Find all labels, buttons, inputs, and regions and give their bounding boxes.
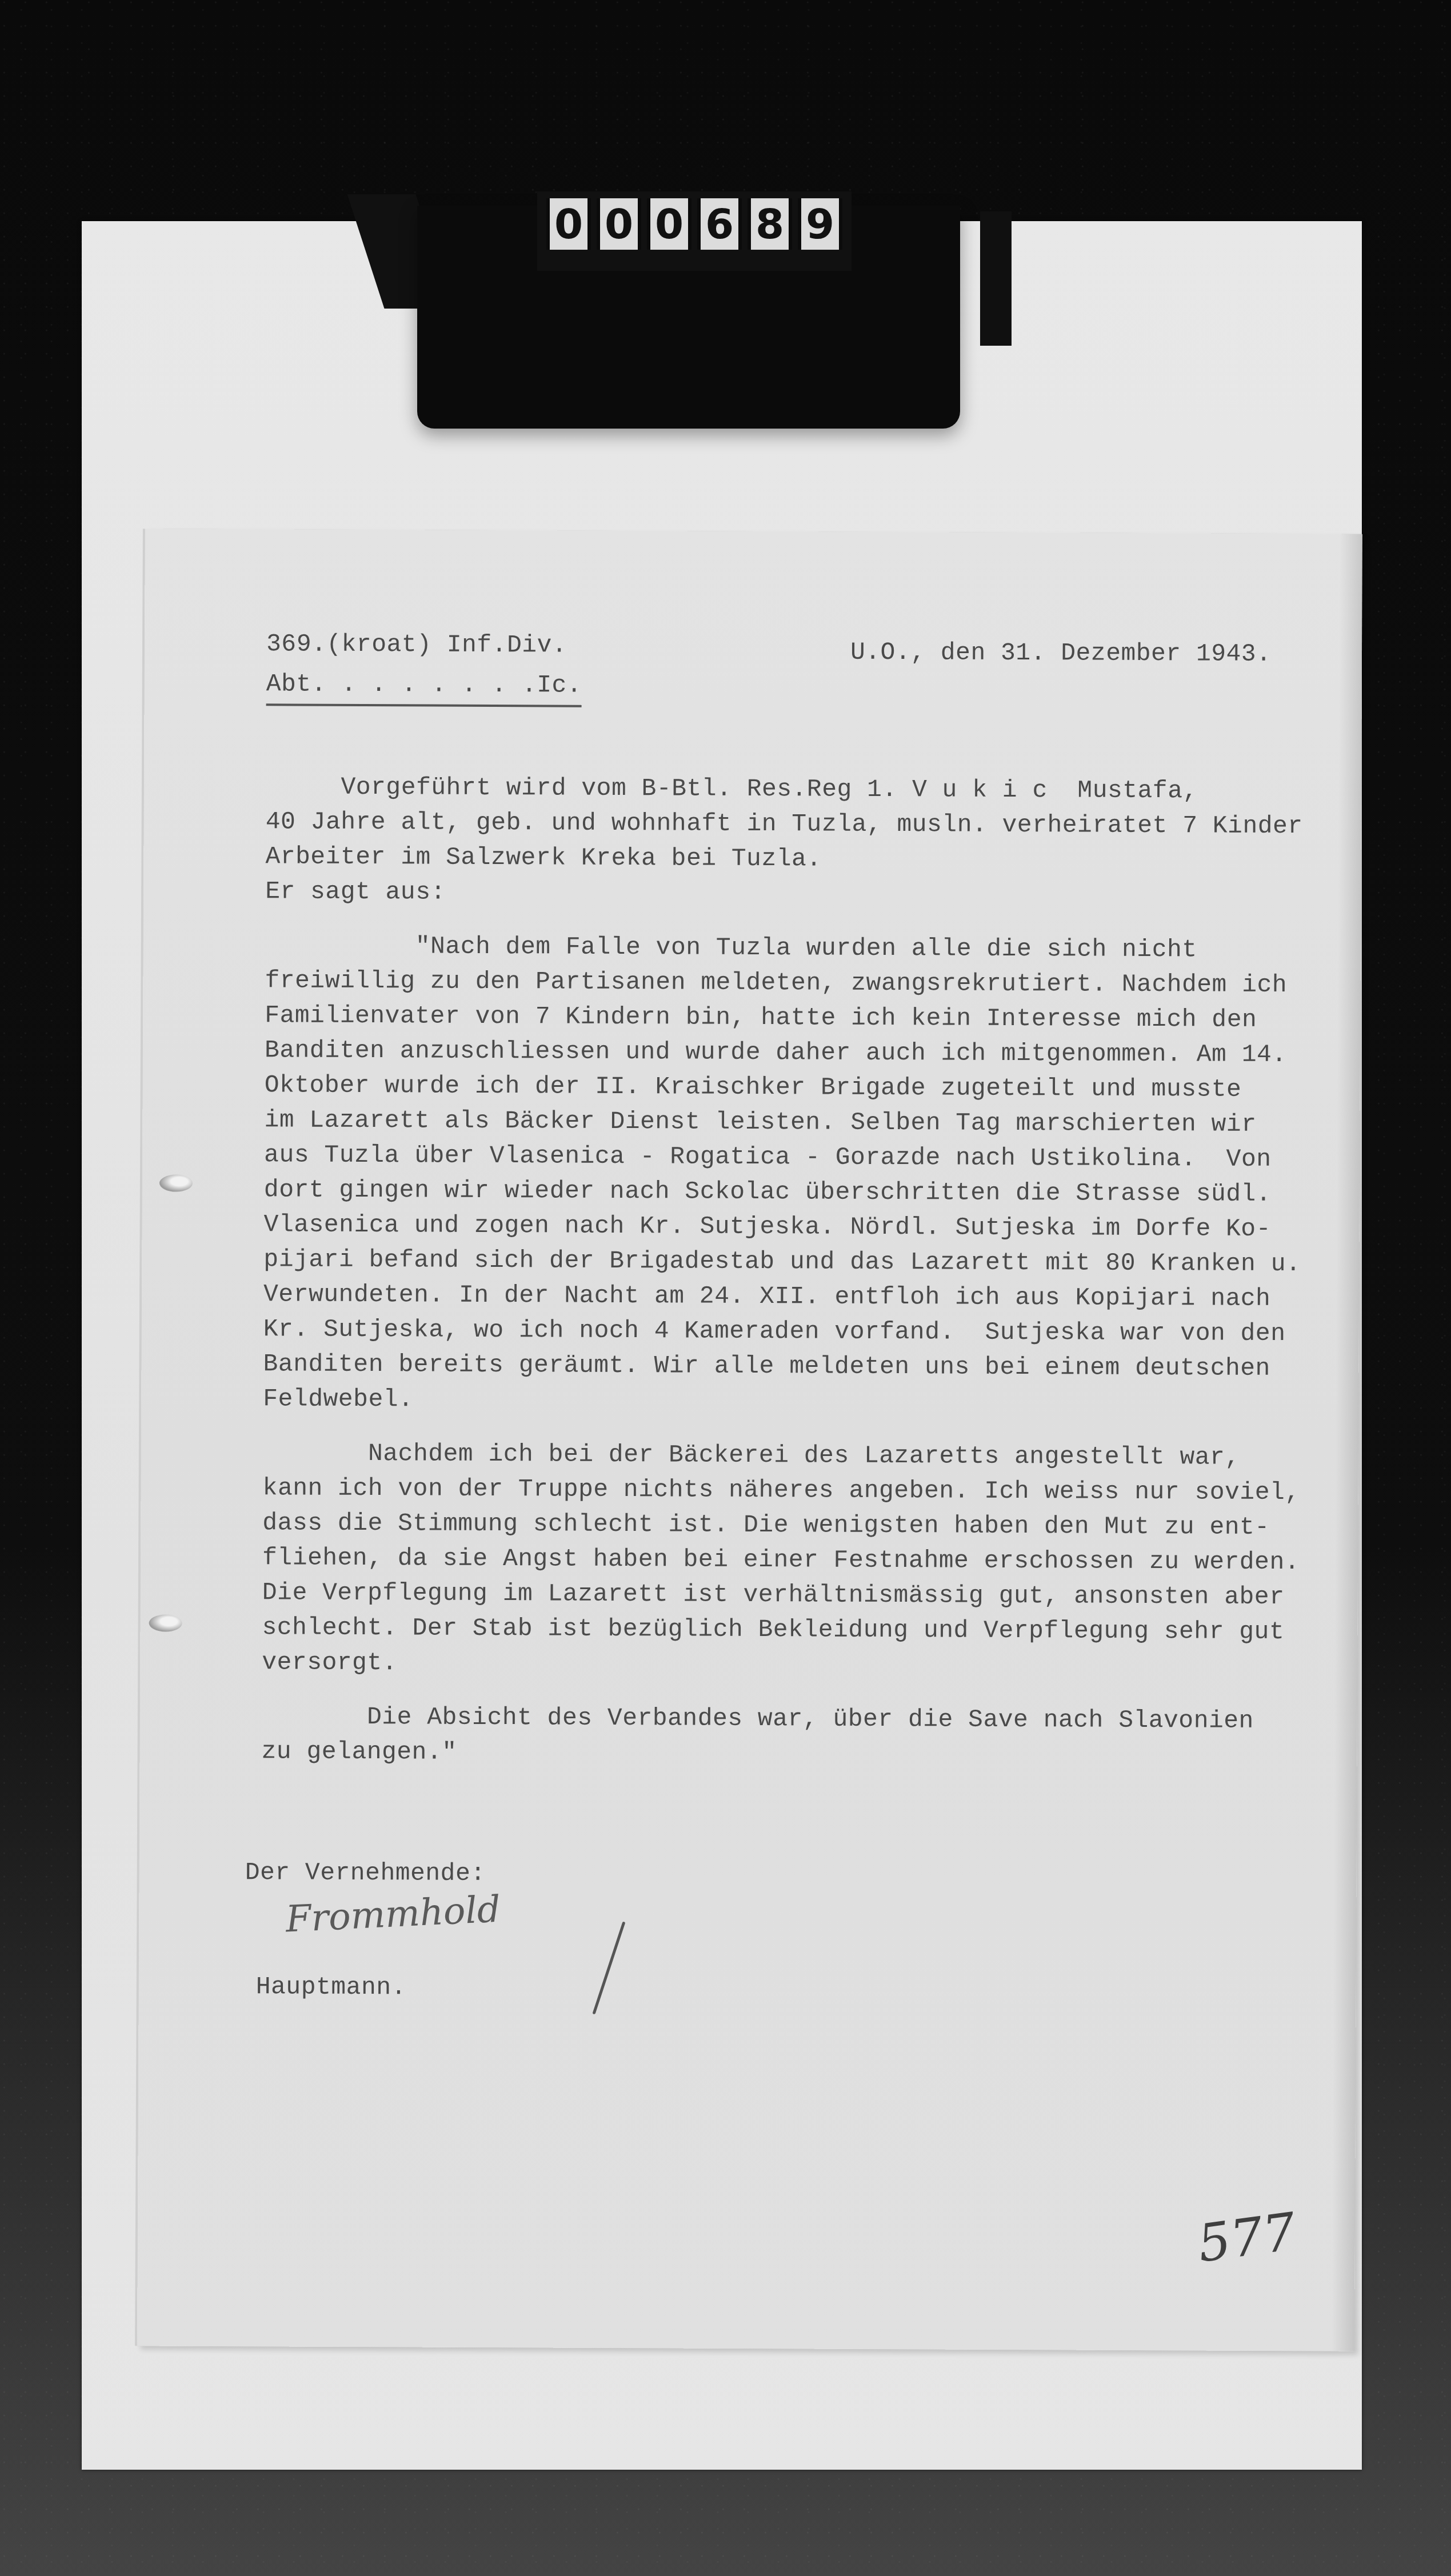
text-line: pijari befand sich der Brigadestab und d… xyxy=(263,1242,1304,1281)
text-line: freiwillig zu den Partisanen meldeten, z… xyxy=(265,963,1305,1002)
handwritten-folio-number: 577 xyxy=(1194,2202,1300,2274)
text-line: Banditen bereits geräumt. Wir alle melde… xyxy=(263,1346,1303,1386)
counter-digit: 8 xyxy=(748,198,792,250)
text-line: versorgt. xyxy=(262,1645,1302,1684)
text-line: Nachdem ich bei der Bäckerei des Lazaret… xyxy=(263,1435,1303,1475)
text-line: Arbeiter im Salzwerk Kreka bei Tuzla. xyxy=(265,839,1305,878)
text-line: Die Verpflegung im Lazarett ist verhältn… xyxy=(262,1575,1302,1614)
text-line: Er sagt aus: xyxy=(265,874,1305,913)
text-line: im Lazarett als Bäcker Dienst leisten. S… xyxy=(264,1102,1304,1142)
counter-digit: 0 xyxy=(647,198,691,250)
numbering-stamp-machine: 0 0 0 6 8 9 xyxy=(366,171,1012,429)
text-line: schlecht. Der Stab ist bezüglich Bekleid… xyxy=(262,1610,1302,1649)
text-line: zu gelangen." xyxy=(261,1734,1301,1773)
text-line: Verwundeten. In der Nacht am 24. XII. en… xyxy=(263,1277,1304,1316)
text-line: Vorgeführt wird vom B-Btl. Res.Reg 1. V … xyxy=(266,769,1306,809)
text-line: dort gingen wir wieder nach Sckolac über… xyxy=(264,1172,1304,1211)
frame-counter: 0 0 0 6 8 9 xyxy=(537,191,852,271)
paragraph: Vorgeführt wird vom B-Btl. Res.Reg 1. V … xyxy=(265,769,1306,913)
text-line: Banditen anzuschliessen und wurde daher … xyxy=(265,1033,1305,1072)
stamp-side-bar xyxy=(980,211,1012,346)
paragraph: Die Absicht des Verbandes war, über die … xyxy=(261,1699,1302,1773)
text-line: dass die Stimmung schlecht ist. Die weni… xyxy=(262,1505,1302,1545)
text-line: Vlasenica und zogen nach Kr. Sutjeska. N… xyxy=(264,1207,1304,1246)
text-line: Kr. Sutjeska, wo ich noch 4 Kameraden vo… xyxy=(263,1311,1304,1351)
paragraph: "Nach dem Falle von Tuzla wurden alle di… xyxy=(263,928,1305,1421)
punch-hole xyxy=(159,1174,193,1191)
text-line: Familienvater von 7 Kindern bin, hatte i… xyxy=(265,998,1305,1037)
counter-digit: 6 xyxy=(697,198,742,250)
counter-digit: 0 xyxy=(546,198,591,250)
paragraph: Nachdem ich bei der Bäckerei des Lazaret… xyxy=(262,1435,1303,1684)
text-line: Die Absicht des Verbandes war, über die … xyxy=(262,1699,1302,1738)
text-line: fliehen, da sie Angst haben bei einer Fe… xyxy=(262,1540,1302,1579)
counter-digit: 9 xyxy=(798,198,842,250)
signature-stroke xyxy=(592,1921,625,2014)
text-line: 40 Jahre alt, geb. und wohnhaft in Tuzla… xyxy=(266,804,1306,843)
statement-body: Vorgeführt wird vom B-Btl. Res.Reg 1. V … xyxy=(261,769,1306,1773)
text-line: "Nach dem Falle von Tuzla wurden alle di… xyxy=(265,928,1305,967)
unit-heading: 369.(kroat) Inf.Div. xyxy=(266,626,567,662)
text-line: kann ich von der Truppe nichts näheres a… xyxy=(262,1470,1302,1510)
counter-digit: 0 xyxy=(597,198,641,250)
text-line: Feldwebel. xyxy=(263,1381,1303,1421)
interrogator-label: Der Vernehmende: xyxy=(245,1855,486,1891)
signer-rank: Hauptmann. xyxy=(256,1969,406,2005)
text-line: aus Tuzla über Vlasenica - Rogatica - Go… xyxy=(264,1137,1304,1177)
text-line: Oktober wurde ich der II. Kraischker Bri… xyxy=(265,1067,1305,1107)
department-line: Abt. . . . . . . .Ic. xyxy=(266,666,582,707)
place-date: U.O., den 31. Dezember 1943. xyxy=(850,635,1272,671)
punch-hole xyxy=(149,1614,182,1631)
typed-document: 369.(kroat) Inf.Div. Abt. . . . . . . .I… xyxy=(137,529,1362,2351)
